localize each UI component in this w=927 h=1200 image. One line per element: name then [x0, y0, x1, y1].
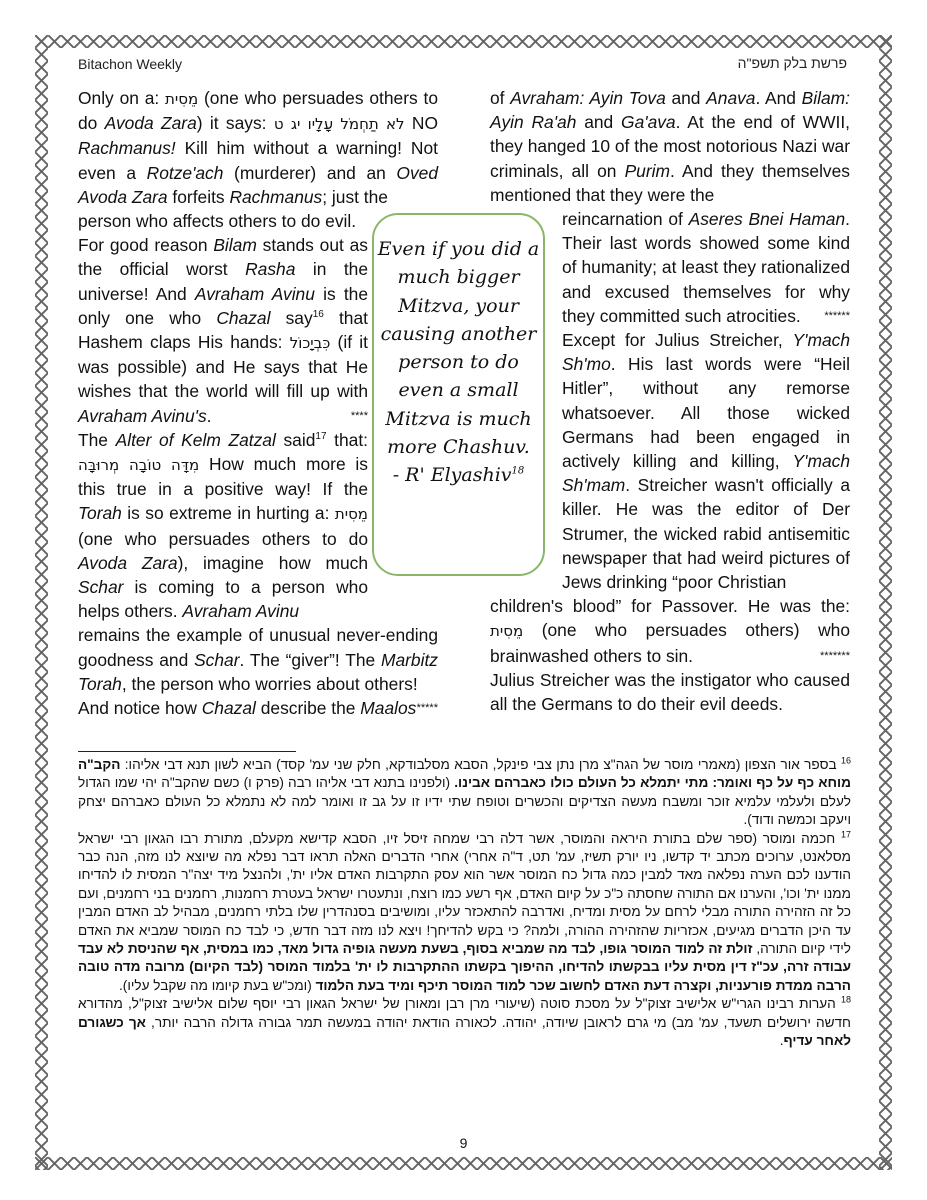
paragraph: reincarnation of Aseres Bnei Haman. Thei… [562, 207, 850, 328]
footnote-18: 18 הערות רבינו הגרי"ש אלישיב זצוק"ל על מ… [78, 995, 851, 1050]
border-left [35, 35, 48, 1170]
header-publication-title: Bitachon Weekly [78, 56, 182, 72]
footnote-separator [78, 751, 296, 752]
wrapped-text-beside-callout: reincarnation of Aseres Bnei Haman. Thei… [562, 207, 850, 594]
wrapped-text-beside-callout: person who affects others to do evil. Fo… [78, 209, 368, 623]
paragraph: And notice how Chazal describe the Maalo… [78, 696, 438, 720]
page-number: 9 [0, 1135, 927, 1151]
footnote-ref-17[interactable]: 17 [315, 431, 326, 442]
paragraph: of Avraham: Ayin Tova and Anava. And Bil… [490, 86, 850, 207]
footnote-16: 16 בספר אור הצפון (מאמרי מוסר של הגה"צ מ… [78, 756, 851, 830]
section-divider-stars: ***** [417, 696, 438, 720]
section-divider-stars: **** [351, 404, 368, 428]
paragraph: The Alter of Kelm Zatzal said17 that: מִ… [78, 428, 368, 624]
footnotes: 16 בספר אור הצפון (מאמרי מוסר של הגה"צ מ… [78, 756, 851, 1051]
paragraph: Only on a: מֵסִית (one who persuades oth… [78, 86, 438, 209]
right-column: of Avraham: Ayin Tova and Anava. And Bil… [490, 86, 850, 716]
section-divider-stars: ******* [820, 644, 850, 668]
footnote-ref-16[interactable]: 16 [313, 309, 324, 320]
border-bottom [35, 1157, 892, 1170]
footnote-17: 17 חכמה ומוסר (ספר שלם בתורת היראה והמוס… [78, 830, 851, 996]
header-parsha: פרשת בלק תשפ"ה [738, 55, 847, 71]
paragraph: children's blood” for Passover. He was t… [490, 594, 850, 668]
border-top [35, 35, 892, 48]
paragraph: remains the example of unusual never-end… [78, 623, 438, 696]
border-right [879, 35, 892, 1170]
paragraph: person who affects others to do evil. [78, 209, 368, 233]
paragraph: Except for Julius Streicher, Y'mach Sh'm… [562, 328, 850, 594]
paragraph: Julius Streicher was the instigator who … [490, 668, 850, 716]
paragraph: For good reason Bilam stands out as the … [78, 233, 368, 428]
section-divider-stars: ****** [824, 304, 850, 328]
